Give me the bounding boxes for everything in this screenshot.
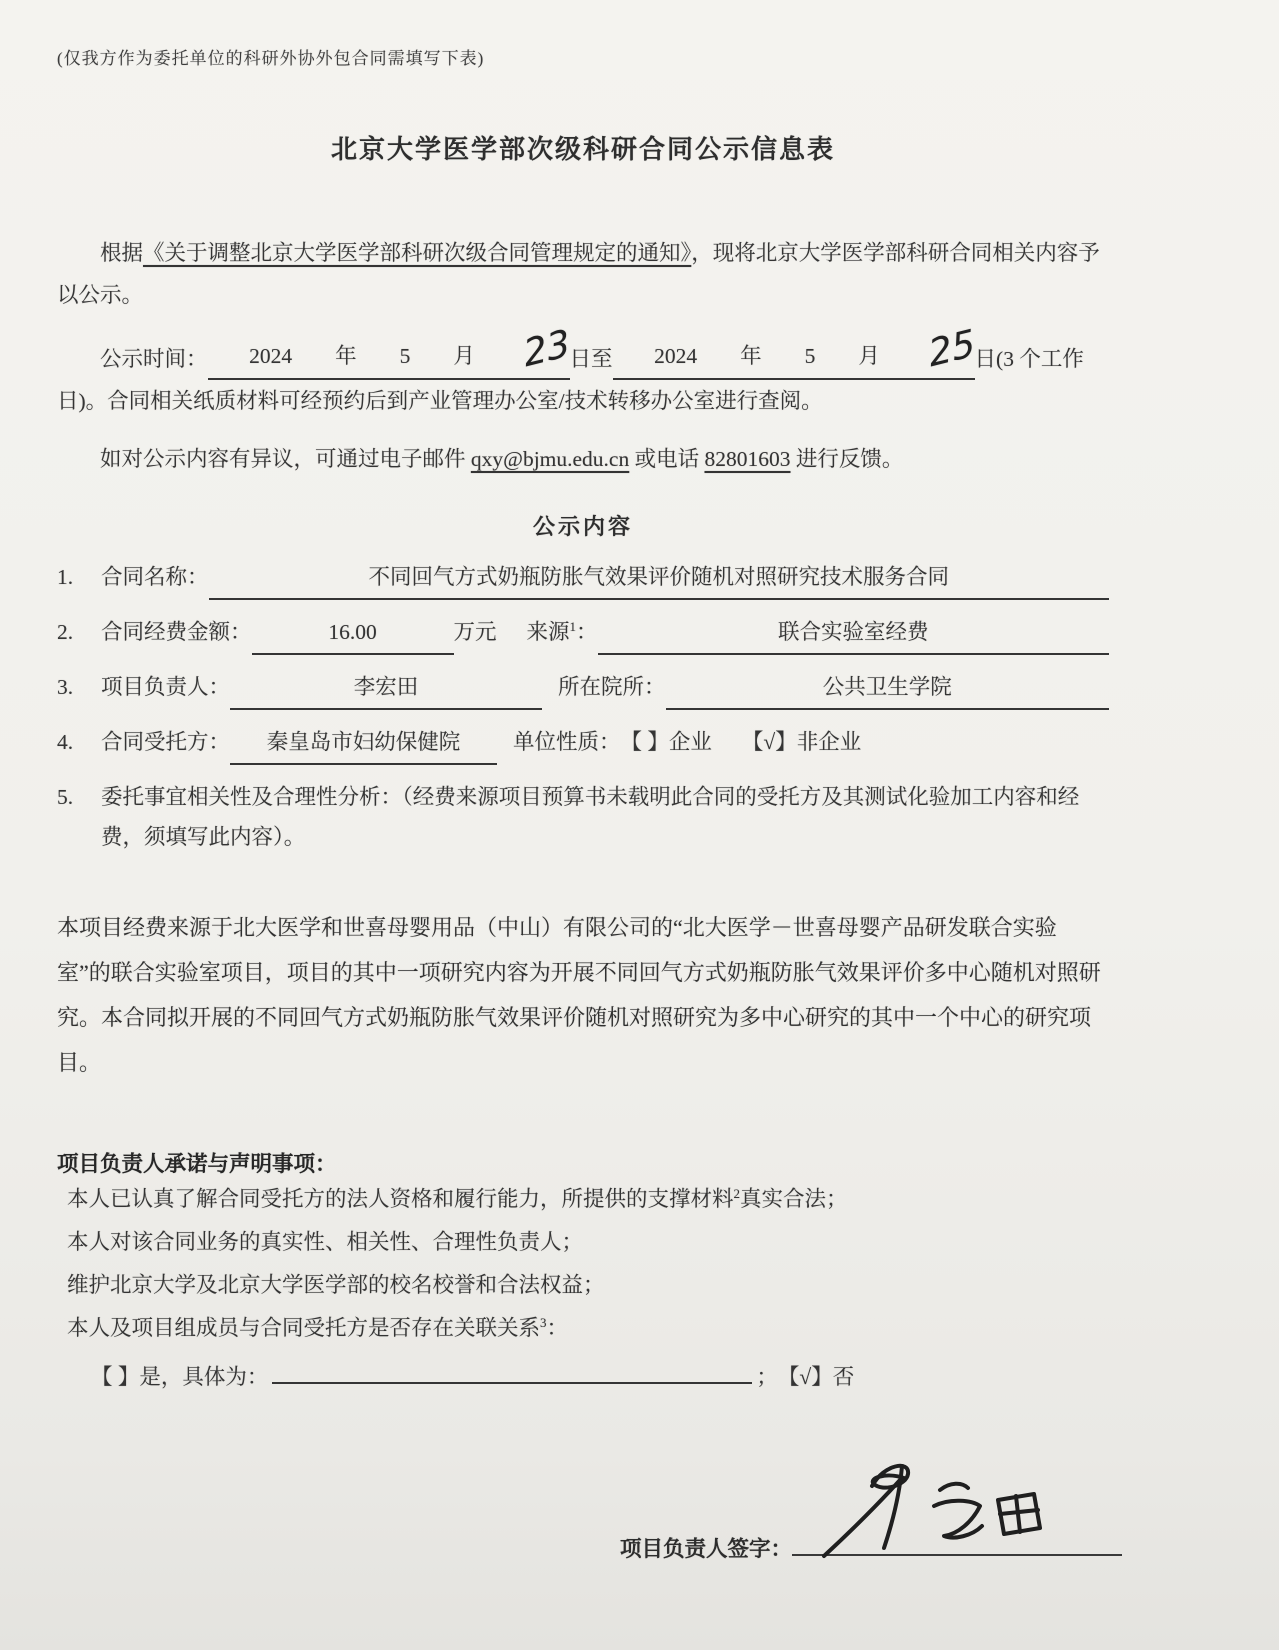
trustee-value: 秦皇岛市妇幼保健院 — [267, 722, 461, 762]
item-number: 5. — [57, 777, 101, 817]
feedback-phone: 82801603 — [705, 447, 791, 471]
to-text: 日至 — [570, 347, 613, 371]
department-value-blank: 公共卫生学院 — [666, 667, 1109, 710]
item-number: 3. — [57, 667, 101, 707]
declaration-statement-1: 本人已认真了解合同受托方的法人资格和履行能力，所提供的支撑材料2真实合法； — [57, 1178, 1109, 1221]
year-unit-2: 年 — [697, 335, 762, 377]
month-unit-2: 月 — [815, 335, 880, 377]
department-label: 所在院所： — [558, 667, 666, 707]
item-amount: 2. 合同经费金额： 16.00 万元 来源1： 联合实验室经费 — [57, 612, 1109, 655]
analysis-text: 委托事宜相关性及合理性分析：（经费来源项目预算书未载明此合同的受托方及其测试化验… — [101, 777, 1109, 857]
item-contract-name: 1. 合同名称： 不同回气方式奶瓶防胀气效果评价随机对照研究技术服务合同 — [57, 557, 1109, 600]
pi-label: 项目负责人： — [101, 667, 230, 707]
signature-label: 项目负责人签字： — [620, 1532, 792, 1563]
year-unit: 年 — [292, 335, 357, 377]
intro-lead: 根据 — [100, 241, 143, 265]
declaration-statement-4: 本人及项目组成员与合同受托方是否存在关联关系3： — [57, 1307, 1109, 1350]
start-month: 5 — [357, 335, 411, 377]
department-value: 公共卫生学院 — [823, 667, 952, 707]
day-unit: 日 — [975, 347, 997, 371]
scanned-form-page: (仅我方作为委托单位的科研外协外包合同需填写下表) 北京大学医学部次级科研合同公… — [0, 0, 1279, 1650]
item-number: 4. — [57, 722, 101, 762]
pi-value: 李宏田 — [354, 667, 419, 707]
publicity-items-list: 1. 合同名称： 不同回气方式奶瓶防胀气效果评价随机对照研究技术服务合同 2. … — [57, 557, 1109, 857]
feedback-pre: 如对公示内容有异议，可通过电子邮件 — [100, 447, 471, 471]
document-title: 北京大学医学部次级科研合同公示信息表 — [57, 129, 1109, 166]
signature-row: 项目负责人签字： — [620, 1524, 1122, 1563]
item-trustee: 4. 合同受托方： 秦皇岛市妇幼保健院 单位性质： 【 】企业 【√】非企业 — [57, 722, 1109, 765]
contract-name-value: 不同回气方式奶瓶防胀气效果评价随机对照研究技术服务合同 — [369, 557, 950, 597]
trustee-value-blank: 秦皇岛市妇幼保健院 — [230, 722, 497, 765]
relation-detail-blank — [272, 1381, 752, 1384]
feedback-paragraph: 如对公示内容有异议，可通过电子邮件 qxy@bjmu.edu.cn 或电话 82… — [57, 438, 1109, 480]
handwritten-signature — [810, 1456, 1090, 1566]
materials-note: 合同相关纸质材料可经预约后到产业管理办公室/技术转移办公室进行查阅。 — [107, 389, 822, 413]
handwritten-start-day: 23 — [480, 324, 573, 383]
amount-unit: 万元 — [454, 612, 497, 652]
trustee-label: 合同受托方： — [101, 722, 230, 762]
contract-name-value-blank: 不同回气方式奶瓶防胀气效果评价随机对照研究技术服务合同 — [209, 557, 1109, 600]
top-instruction-note: (仅我方作为委托单位的科研外协外包合同需填写下表) — [57, 44, 1109, 69]
entity-nature-label: 单位性质： — [513, 722, 621, 762]
end-month: 5 — [762, 335, 816, 377]
notice-title-underlined: 《关于调整北京大学医学部科研次级合同管理规定的通知》 — [143, 241, 691, 265]
item-number: 1. — [57, 557, 101, 597]
month-unit: 月 — [410, 335, 475, 377]
declaration-statement-3: 维护北京大学及北京大学医学部的校名校誉和合法权益； — [57, 1264, 1109, 1307]
source-value-blank: 联合实验室经费 — [598, 612, 1109, 655]
relation-choice-line: 【 】是，具体为： ； 【√】否 — [57, 1354, 1109, 1400]
declaration-statement-2: 本人对该合同业务的真实性、相关性、合理性负责人； — [57, 1221, 1109, 1264]
relation-separator: ； — [756, 1354, 778, 1400]
period-end-blank: 2024年5月25 — [613, 332, 975, 380]
amount-label: 合同经费金额： — [101, 612, 252, 652]
start-year: 2024 — [206, 335, 292, 377]
checkbox-company-unchecked: 【 】企业 — [621, 722, 712, 762]
feedback-email: qxy@bjmu.edu.cn — [471, 447, 629, 471]
source-value: 联合实验室经费 — [778, 612, 929, 652]
feedback-post: 进行反馈。 — [791, 447, 904, 471]
item-principal-investigator: 3. 项目负责人： 李宏田 所在院所： 公共卫生学院 — [57, 667, 1109, 710]
handwritten-end-day: 25 — [885, 324, 978, 383]
item-number: 2. — [57, 612, 101, 652]
pi-value-blank: 李宏田 — [230, 667, 542, 710]
page-content: (仅我方作为委托单位的科研外协外包合同需填写下表) 北京大学医学部次级科研合同公… — [57, 0, 1109, 1400]
end-year: 2024 — [611, 335, 697, 377]
amount-value: 16.00 — [328, 612, 376, 652]
item-analysis: 5. 委托事宜相关性及合理性分析：（经费来源项目预算书未载明此合同的受托方及其测… — [57, 777, 1109, 857]
period-start-blank: 2024年5月23 — [208, 332, 570, 380]
feedback-mid: 或电话 — [629, 447, 704, 471]
project-description-paragraph: 本项目经费来源于北大医学和世喜母婴用品（中山）有限公司的“北大医学－世喜母婴产品… — [57, 905, 1109, 1085]
checkbox-yes-unchecked: 【 】是，具体为： — [91, 1354, 268, 1400]
contract-name-label: 合同名称： — [101, 557, 209, 597]
content-section-heading: 公示内容 — [57, 510, 1109, 541]
signature-line — [792, 1524, 1122, 1556]
period-label: 公示时间： — [100, 347, 208, 371]
intro-paragraph: 根据《关于调整北京大学医学部科研次级合同管理规定的通知》，现将北京大学医学部科研… — [57, 232, 1109, 316]
publicity-period-paragraph: 公示时间：2024年5月23日至2024年5月25日(3 个工作日)。合同相关纸… — [57, 332, 1109, 422]
amount-value-blank: 16.00 — [252, 612, 454, 655]
checkbox-no-checked: 【√】否 — [778, 1354, 854, 1400]
declaration-heading: 项目负责人承诺与声明事项： — [57, 1147, 1109, 1178]
checkbox-noncompany-checked: 【√】非企业 — [742, 722, 861, 762]
source-label: 来源1： — [527, 612, 598, 652]
